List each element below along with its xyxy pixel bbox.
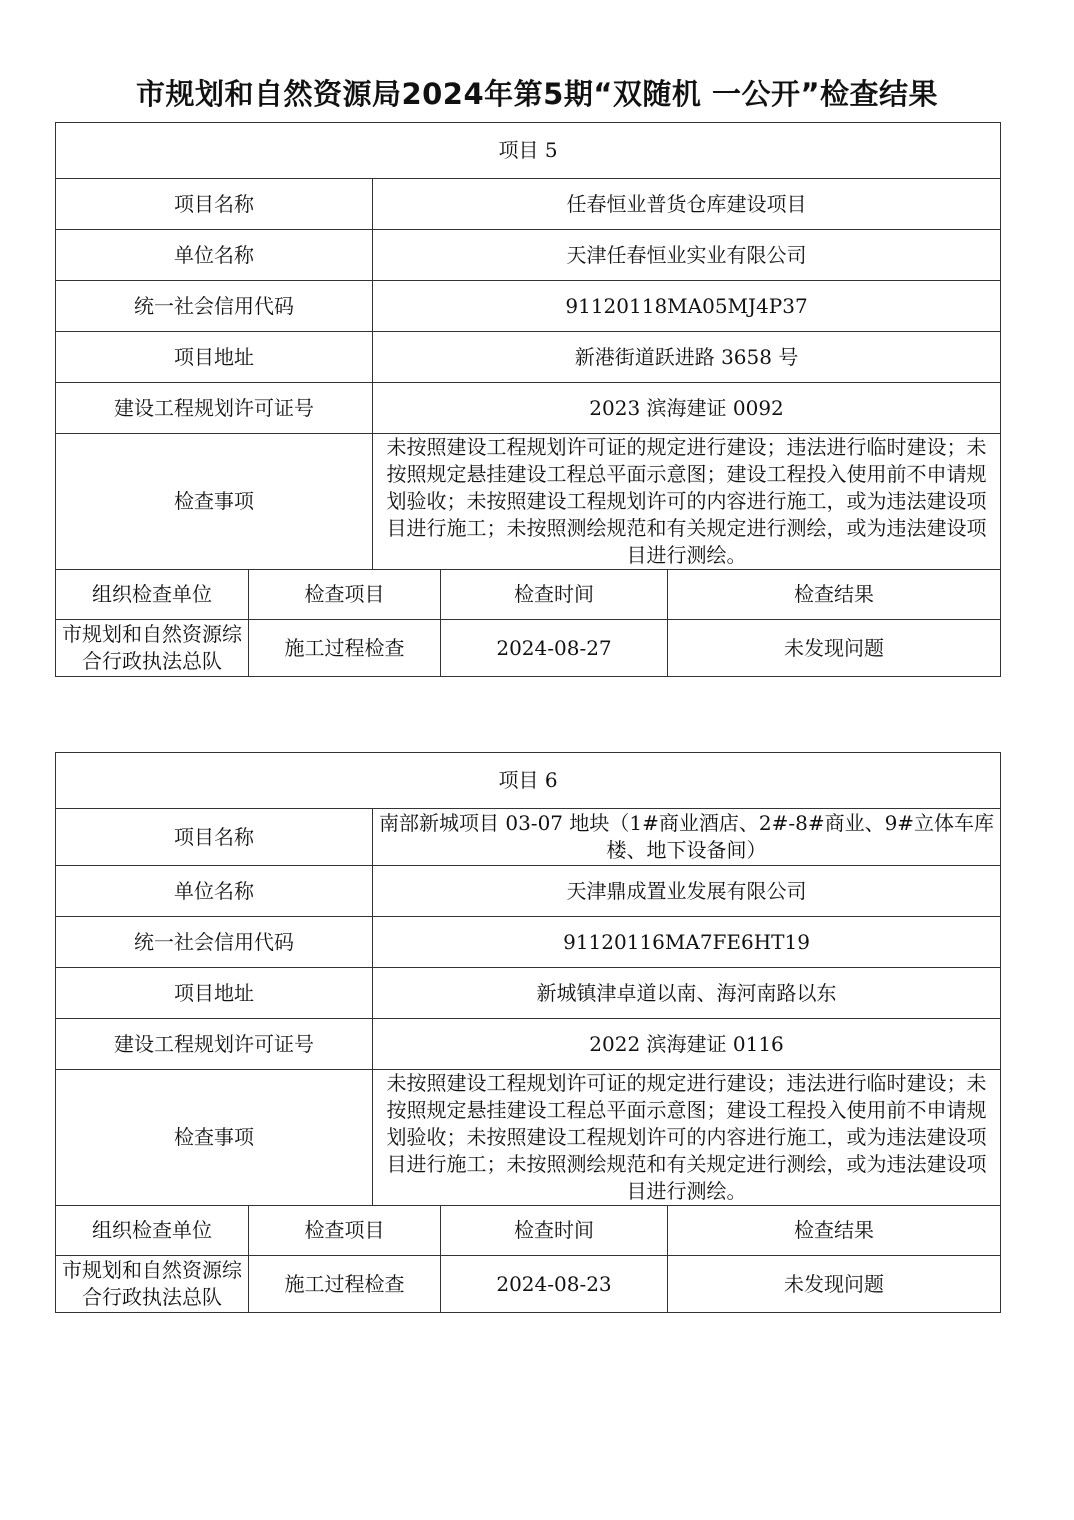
result-row: 市规划和自然资源综合行政执法总队 施工过程检查 2024-08-27 未发现问题 [56,620,1001,677]
label-inspection-items: 检查事项 [56,434,373,570]
row-company-name: 单位名称 天津任春恒业实业有限公司 [56,230,1001,281]
label-project-name: 项目名称 [56,179,373,230]
label-credit-code: 统一社会信用代码 [56,917,373,968]
project-header: 项目 5 [56,123,1001,179]
value-project-name: 任春恒业普货仓库建设项目 [373,179,1001,230]
label-project-name: 项目名称 [56,809,373,866]
value-credit-code: 91120118MA05MJ4P37 [373,281,1001,332]
row-inspection-items: 检查事项 未按照建设工程规划许可证的规定进行建设；违法进行临时建设；未按照规定悬… [56,1070,1001,1206]
row-inspection-items: 检查事项 未按照建设工程规划许可证的规定进行建设；违法进行临时建设；未按照规定悬… [56,434,1001,570]
label-inspection-items: 检查事项 [56,1070,373,1206]
row-credit-code: 统一社会信用代码 91120118MA05MJ4P37 [56,281,1001,332]
value-credit-code: 91120116MA7FE6HT19 [373,917,1001,968]
value-inspection-items: 未按照建设工程规划许可证的规定进行建设；违法进行临时建设；未按照规定悬挂建设工程… [373,1070,1001,1206]
row-credit-code: 统一社会信用代码 91120116MA7FE6HT19 [56,917,1001,968]
header-check-item: 检查项目 [249,570,441,620]
value-inspection-items: 未按照建设工程规划许可证的规定进行建设；违法进行临时建设；未按照规定悬挂建设工程… [373,434,1001,570]
label-company-name: 单位名称 [56,230,373,281]
project-header-row: 项目 5 [56,123,1001,179]
value-address: 新港街道跃进路 3658 号 [373,332,1001,383]
row-project-name: 项目名称 任春恒业普货仓库建设项目 [56,179,1001,230]
value-permit-no: 2023 滨海建证 0092 [373,383,1001,434]
header-check-result: 检查结果 [668,1206,1001,1256]
header-check-time: 检查时间 [441,570,668,620]
value-org-unit: 市规划和自然资源综合行政执法总队 [56,620,249,677]
value-check-item: 施工过程检查 [249,620,441,677]
value-check-result: 未发现问题 [668,1256,1001,1313]
label-credit-code: 统一社会信用代码 [56,281,373,332]
label-address: 项目地址 [56,332,373,383]
value-company-name: 天津任春恒业实业有限公司 [373,230,1001,281]
result-row: 市规划和自然资源综合行政执法总队 施工过程检查 2024-08-23 未发现问题 [56,1256,1001,1313]
header-check-item: 检查项目 [249,1206,441,1256]
project-table-5: 项目 5 项目名称 任春恒业普货仓库建设项目 单位名称 天津任春恒业实业有限公司… [55,122,1001,677]
project-header-row: 项目 6 [56,753,1001,809]
value-check-time: 2024-08-23 [441,1256,668,1313]
value-project-name: 南部新城项目 03-07 地块（1#商业酒店、2#-8#商业、9#立体车库楼、地… [373,809,1001,866]
value-check-item: 施工过程检查 [249,1256,441,1313]
result-header-row: 组织检查单位 检查项目 检查时间 检查结果 [56,1206,1001,1256]
value-check-result: 未发现问题 [668,620,1001,677]
label-permit-no: 建设工程规划许可证号 [56,383,373,434]
label-address: 项目地址 [56,968,373,1019]
header-org-unit: 组织检查单位 [56,570,249,620]
value-company-name: 天津鼎成置业发展有限公司 [373,866,1001,917]
header-check-time: 检查时间 [441,1206,668,1256]
value-permit-no: 2022 滨海建证 0116 [373,1019,1001,1070]
row-address: 项目地址 新城镇津卓道以南、海河南路以东 [56,968,1001,1019]
header-org-unit: 组织检查单位 [56,1206,249,1256]
row-company-name: 单位名称 天津鼎成置业发展有限公司 [56,866,1001,917]
value-check-time: 2024-08-27 [441,620,668,677]
row-project-name: 项目名称 南部新城项目 03-07 地块（1#商业酒店、2#-8#商业、9#立体… [56,809,1001,866]
row-permit-no: 建设工程规划许可证号 2023 滨海建证 0092 [56,383,1001,434]
page-title: 市规划和自然资源局2024年第5期“双随机 一公开”检查结果 [0,74,1074,114]
result-header-row: 组织检查单位 检查项目 检查时间 检查结果 [56,570,1001,620]
row-address: 项目地址 新港街道跃进路 3658 号 [56,332,1001,383]
label-permit-no: 建设工程规划许可证号 [56,1019,373,1070]
row-permit-no: 建设工程规划许可证号 2022 滨海建证 0116 [56,1019,1001,1070]
header-check-result: 检查结果 [668,570,1001,620]
value-org-unit: 市规划和自然资源综合行政执法总队 [56,1256,249,1313]
project-header: 项目 6 [56,753,1001,809]
label-company-name: 单位名称 [56,866,373,917]
value-address: 新城镇津卓道以南、海河南路以东 [373,968,1001,1019]
project-table-6: 项目 6 项目名称 南部新城项目 03-07 地块（1#商业酒店、2#-8#商业… [55,752,1001,1313]
